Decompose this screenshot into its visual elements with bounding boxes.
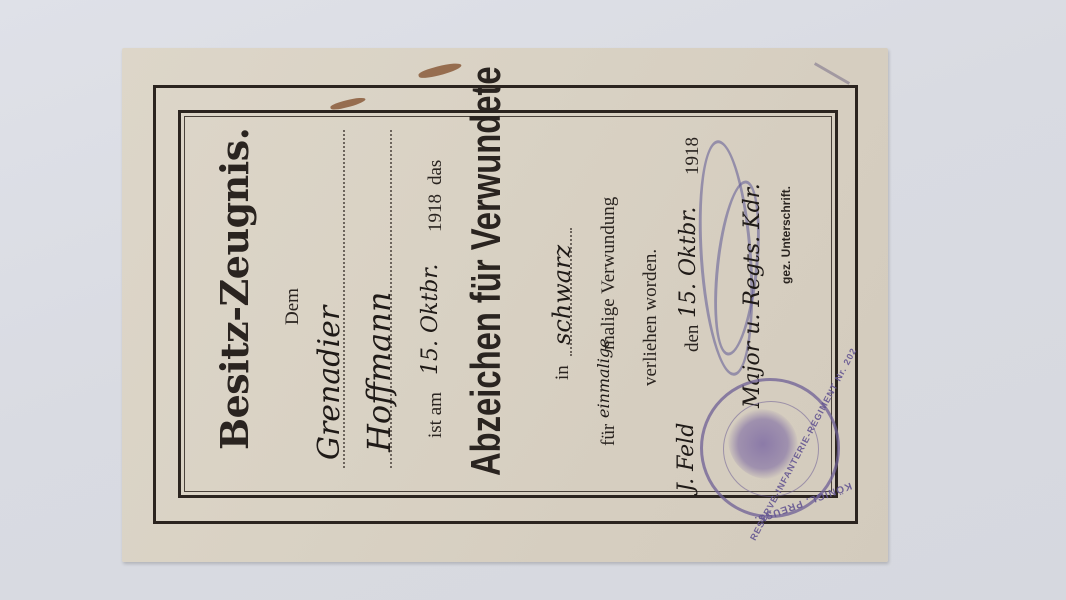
label-in: in — [552, 365, 574, 380]
label-wound: malige Verwundung — [598, 197, 620, 350]
handwritten-award-date: 15. Oktbr. — [418, 264, 443, 375]
regimental-stamp: RESERVE-INFANTERIE-REGIMENT Nr. 202 KÖNI… — [700, 378, 840, 518]
handwritten-rank: Grenadier — [312, 306, 347, 460]
label-fuer: für — [598, 424, 620, 446]
handwritten-name: Hoffmann — [360, 292, 398, 452]
award-title: Abzeichen für Verwundete — [462, 66, 510, 476]
handwritten-badge-class: schwarz — [548, 245, 576, 345]
label-das: das — [425, 160, 447, 185]
label-ist-am: ist am — [425, 392, 447, 438]
label-den: den — [682, 325, 704, 352]
document-title: Besitz-Zeugnis. — [212, 128, 257, 450]
handwritten-wound-count: einmalige — [594, 338, 613, 418]
handwritten-place: J. Feld — [674, 423, 699, 492]
label-signature: gez. Unterschrift. — [779, 186, 793, 284]
label-verliehen: verliehen worden. — [640, 249, 662, 386]
handwritten-signer-title: Major u. Regts. Kdr. — [740, 183, 765, 408]
handwritten-issue-date: 15. Oktbr. — [676, 207, 701, 318]
label-issue-year: 1918 — [682, 137, 704, 175]
label-dem: Dem — [282, 288, 304, 325]
label-year: 1918 — [425, 194, 447, 232]
